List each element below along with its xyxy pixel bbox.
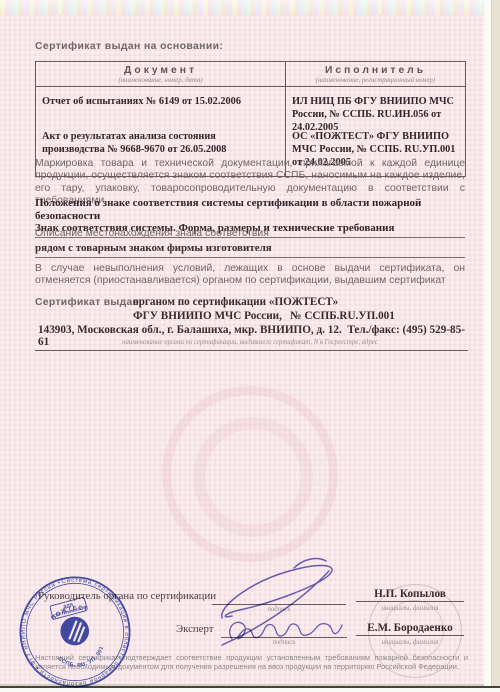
table-row: Отчет об испытаниях № 6149 от 15.02.2006 (42, 96, 277, 131)
column-title-executor: Исполнитель (288, 65, 463, 76)
svg-text:ССПБ. RU. УП. 001: ССПБ. RU. УП. 001 (56, 644, 109, 674)
mark-location-value: рядом с товарным знаком фирмы изготовите… (35, 242, 465, 258)
expert-name: Е.М. Бородаенко (356, 622, 464, 636)
basis-title: Сертификат выдан на основании: (35, 41, 223, 52)
basis-table-header-document: Документ (наименование, номер, дата) (36, 62, 285, 87)
mark-location-label: Описание местонахождения знака соответст… (35, 228, 269, 239)
expert-name-caption: инициалы, фамилия (356, 639, 464, 646)
issued-by-caption: наименование органа по сертификации, выд… (35, 339, 465, 346)
column-subtitle-executor: (наименование, регистрационный номер) (288, 77, 463, 84)
pink-watermark-circle (162, 386, 338, 562)
column-subtitle-document: (наименование, номер, дата) (38, 77, 283, 84)
column-title-document: Документ (38, 65, 283, 76)
table-row: ИЛ НИЦ ПБ ФГУ ВНИИПО МЧС России, № ССПБ.… (292, 96, 457, 131)
table-row: Акт о результатах анализа состояния прои… (42, 131, 277, 157)
issued-by-line1: органом по сертификации «ПОЖТЕСТ» (133, 296, 338, 308)
issued-by-line2: ФГУ ВНИИПО МЧС России, № ССПБ.RU.УП.001 (133, 310, 395, 322)
expert-signature-ink (224, 615, 344, 645)
certificate-sheet: Сертификат выдан на основании: Документ … (0, 0, 484, 684)
basis-table-header-executor: Исполнитель (наименование, регистрационн… (285, 62, 465, 87)
issued-by-address: 143903, Московская обл., г. Балашиха, мк… (35, 324, 468, 351)
regulation-line-1: Положения о знаке соответствия системы с… (35, 197, 465, 222)
scan-edge-white (484, 0, 491, 692)
stamp-emblem-circle (57, 614, 92, 649)
scan-edge-beige (491, 0, 500, 692)
certification-stamp: Система сертификации в области пожарной … (16, 573, 134, 691)
certificate-scan: Сертификат выдан на основании: Документ … (0, 0, 500, 692)
stamp-bottom-text: ССПБ. RU. УП. 001 (56, 644, 109, 674)
guilloche-top-band (0, 0, 484, 15)
cancellation-paragraph: В случае невыполнения условий, лежащих в… (35, 263, 465, 288)
issued-by-label: Сертификат выдан (35, 297, 139, 308)
head-name-caption: инициалы, фамилия (356, 605, 464, 612)
head-name: Н.П. Копылов (356, 588, 464, 602)
